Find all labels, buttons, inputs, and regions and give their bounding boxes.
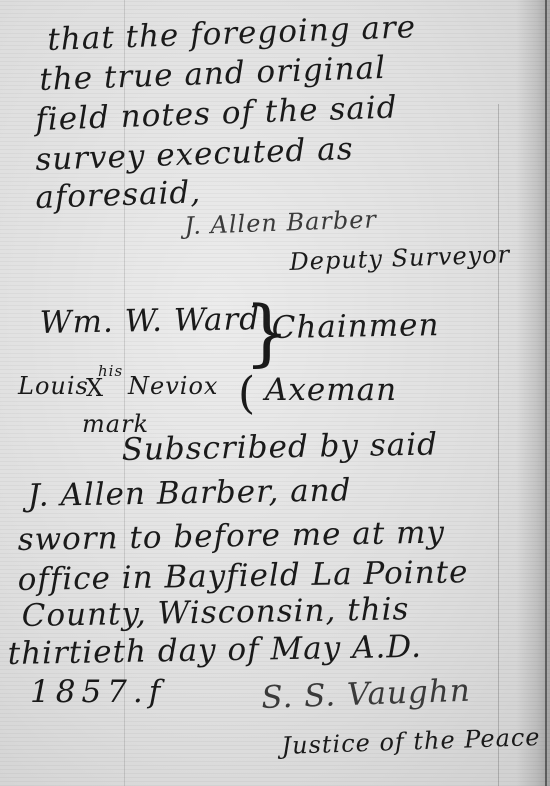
jurat-line-1: Subscribed by said — [121, 426, 438, 468]
axeman-last-name: Neviox — [128, 372, 218, 400]
axeman-role: Axeman — [265, 372, 397, 408]
body-line-5: aforesaid, — [35, 174, 202, 216]
justice-signature-name: S. S. Vaughn — [261, 673, 472, 716]
axeman-first-name: Louis — [18, 372, 89, 400]
jurat-line-3: sworn to before me at my — [17, 515, 445, 558]
axeman-mark-symbol: X — [86, 374, 104, 402]
chainman-role: Chainmen — [271, 307, 439, 346]
jurat-line-2: J. Allen Barber, and — [27, 472, 351, 514]
surveyor-signature-title: Deputy Surveyor — [289, 240, 511, 276]
jurat-line-7-date: 1857.f — [30, 674, 166, 710]
body-line-4: survey executed as — [35, 131, 354, 178]
page-binding-edge — [545, 0, 547, 786]
jurat-line-6: thirtieth day of May A.D. — [7, 629, 422, 672]
document-page: that the foregoing are the true and orig… — [0, 0, 550, 786]
jurat-line-5: County, Wisconsin, this — [21, 591, 409, 634]
axeman-bracket: ( — [238, 368, 255, 419]
justice-signature-title: Justice of the Peace — [281, 723, 541, 760]
surveyor-signature-name: J. Allen Barber — [184, 205, 377, 240]
chainman-name: Wm. W. Ward — [39, 301, 260, 341]
right-margin-rule — [498, 104, 499, 786]
